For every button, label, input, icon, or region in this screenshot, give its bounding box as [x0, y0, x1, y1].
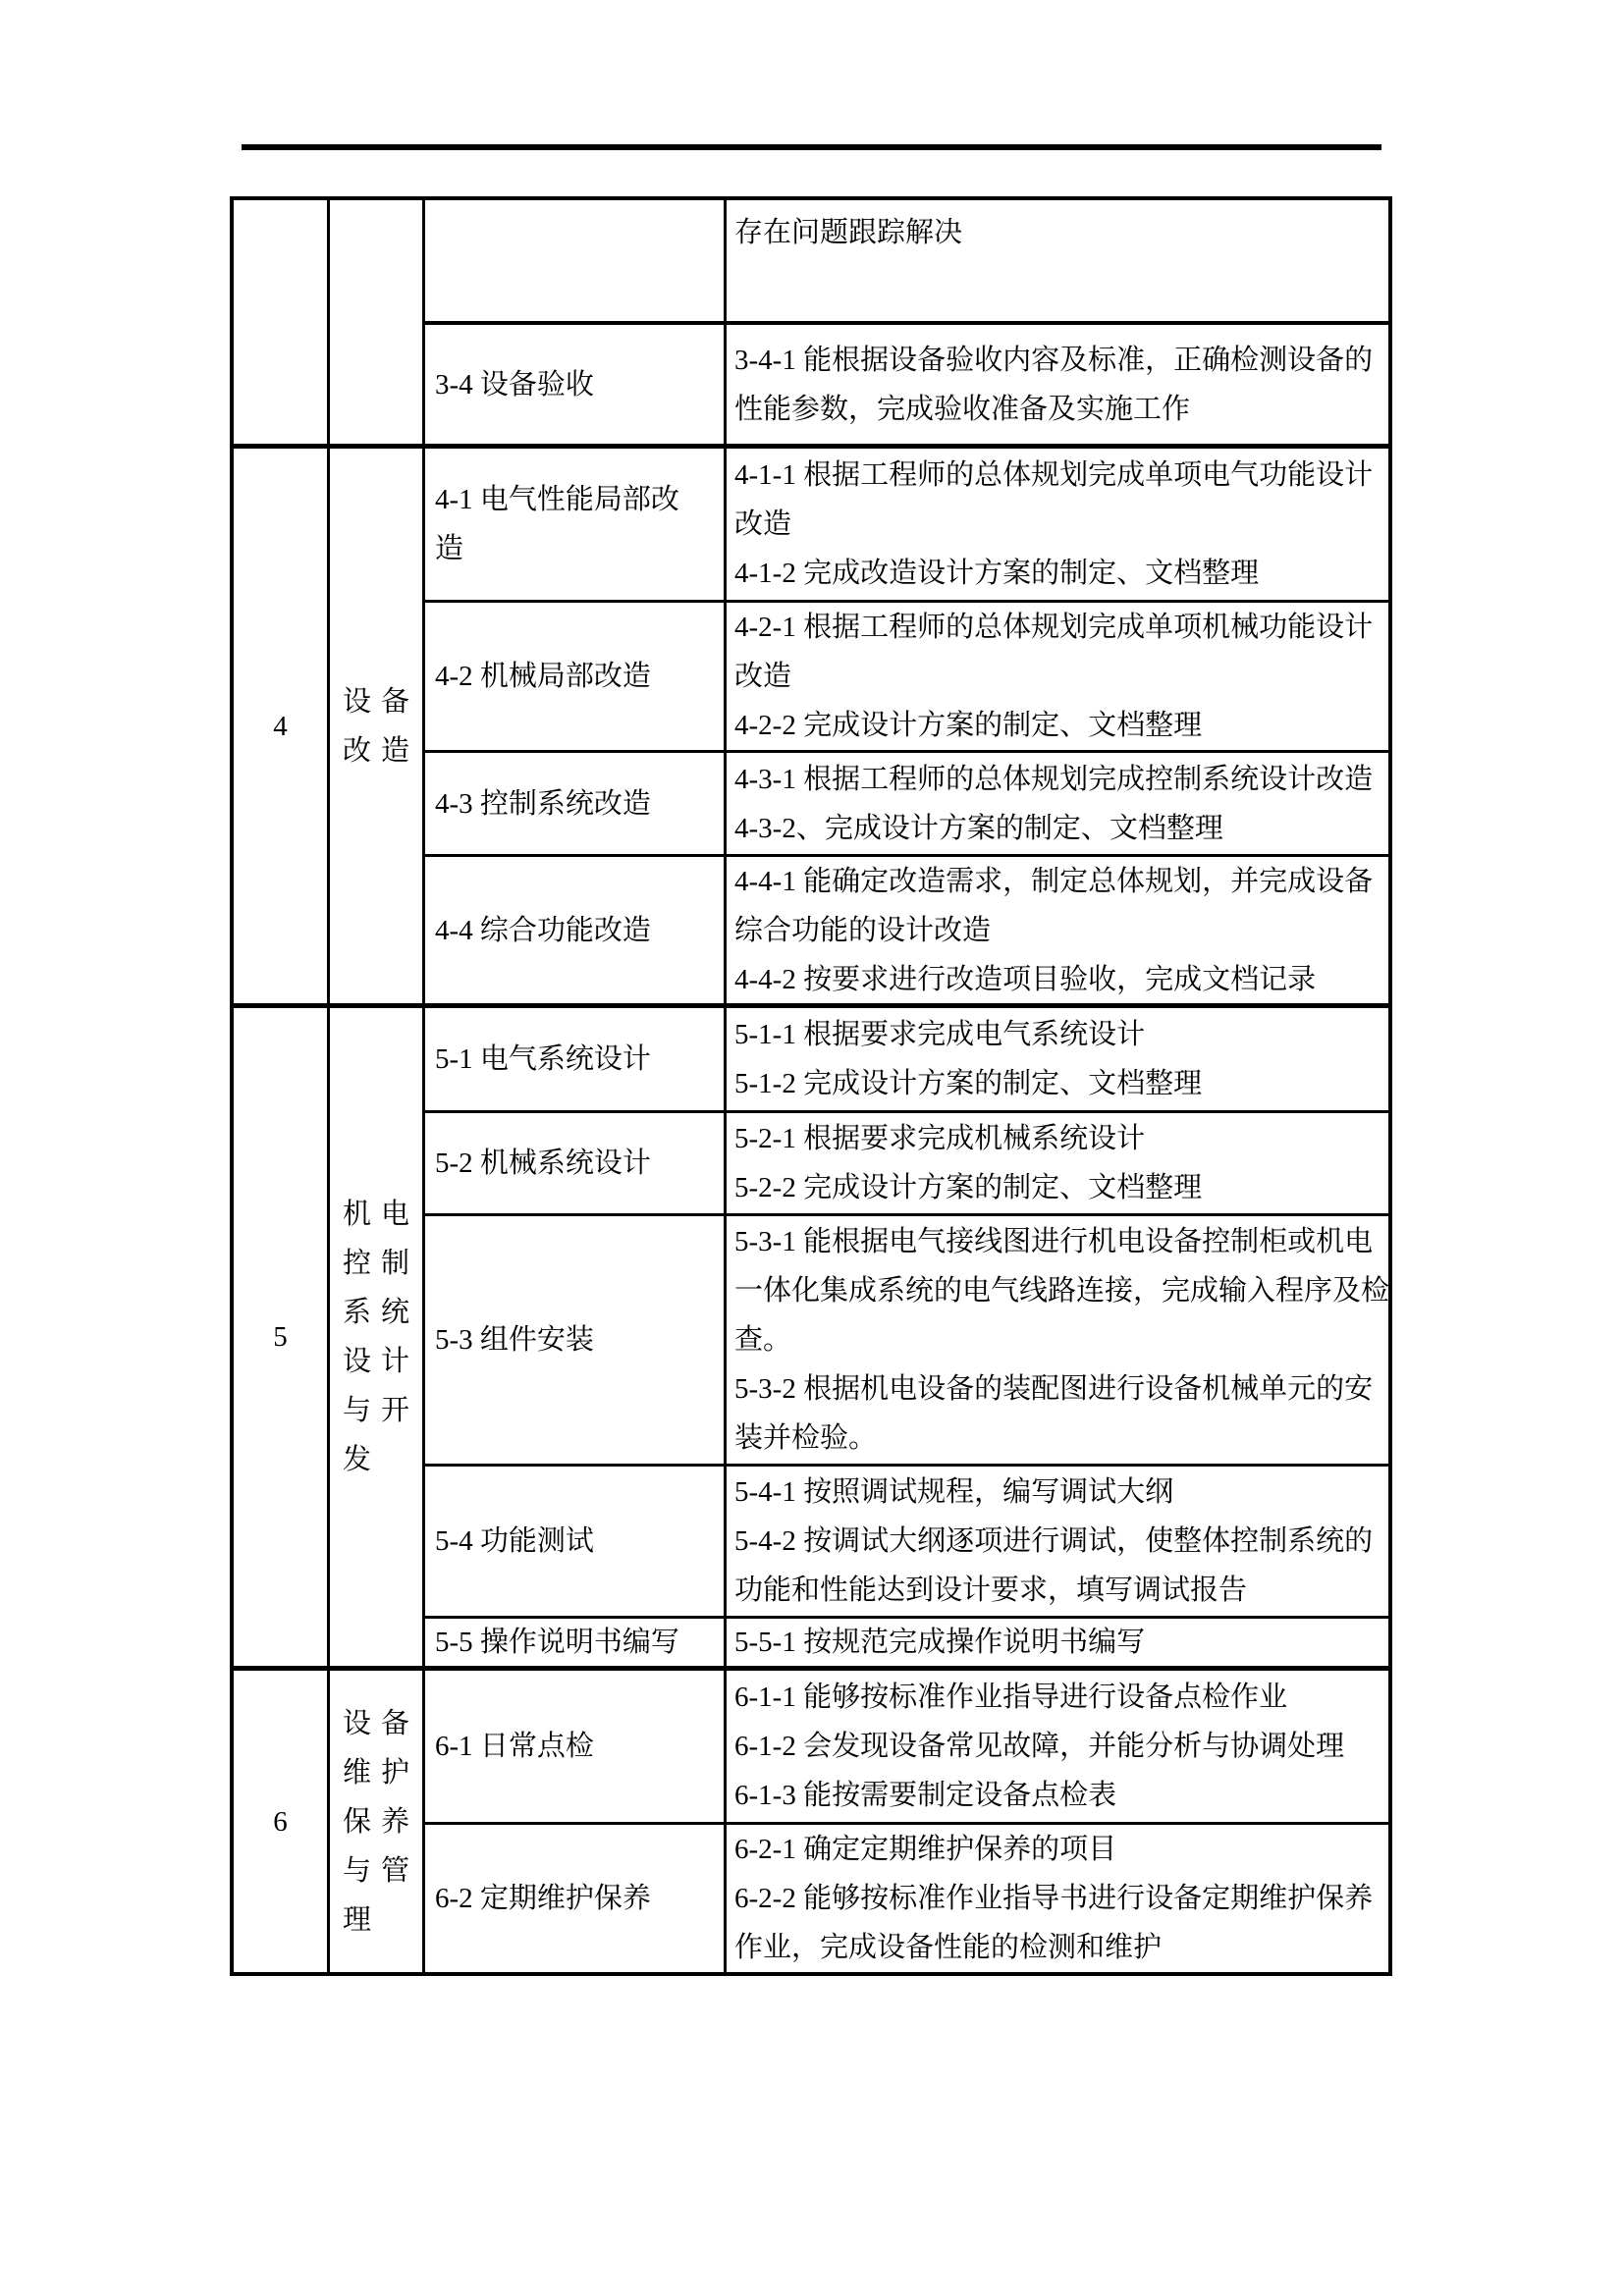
section4-subrows: 4-1 电气性能局部改 造 4-1-1 根据工程师的总体规划完成单项电气功能设计… [425, 449, 1388, 1003]
description-cell: 6-1-1 能够按标准作业指导进行设备点检作业 6-1-2 会发现设备常见故障，… [727, 1671, 1388, 1822]
subitem-cell: 5-5 操作说明书编写 [425, 1619, 727, 1666]
table-row-3-3-continued: 存在问题跟踪解决 [425, 200, 1388, 325]
description-text: 6-1-1 能够按标准作业指导进行设备点检作业 6-1-2 会发现设备常见故障，… [734, 1673, 1344, 1820]
description-text: 5-1-1 根据要求完成电气系统设计 5-1-2 完成设计方案的制定、文档整理 [734, 1010, 1202, 1108]
subitem-cell: 3-4 设备验收 [425, 325, 727, 444]
subitem-cell: 4-2 机械局部改造 [425, 603, 727, 750]
description-text: 4-2-1 根据工程师的总体规划完成单项机械功能设计 改造 4-2-2 完成设计… [734, 603, 1373, 750]
table-row-5-4: 5-4 功能测试 5-4-1 按照调试规程，编写调试大纲 5-4-2 按调试大纲… [425, 1467, 1388, 1619]
subitem-label: 5-3 组件安装 [435, 1315, 594, 1364]
subitem-cell: 5-4 功能测试 [425, 1467, 727, 1616]
document-page: 存在问题跟踪解决 3-4 设备验收 3-4-1 能根据设备验收内容及标准，正确检… [0, 0, 1624, 2296]
description-cell: 5-5-1 按规范完成操作说明书编写 [727, 1619, 1388, 1666]
description-cell: 存在问题跟踪解决 [727, 200, 1388, 321]
description-cell: 4-2-1 根据工程师的总体规划完成单项机械功能设计 改造 4-2-2 完成设计… [727, 603, 1388, 750]
description-text: 3-4-1 能根据设备验收内容及标准，正确检测设备的 性能参数，完成验收准备及实… [734, 336, 1373, 434]
subitem-cell: 5-1 电气系统设计 [425, 1008, 727, 1110]
description-text: 4-1-1 根据工程师的总体规划完成单项电气功能设计 改造 4-1-2 完成改造… [734, 451, 1373, 598]
subitem-cell [425, 200, 727, 321]
table-row-5-1: 5-1 电气系统设计 5-1-1 根据要求完成电气系统设计 5-1-2 完成设计… [425, 1008, 1388, 1113]
subitem-label: 6-2 定期维护保养 [435, 1874, 651, 1923]
section-category: 设 备 维 护 保 养 与 管 理 [343, 1699, 409, 1945]
table-row-6-2: 6-2 定期维护保养 6-2-1 确定定期维护保养的项目 6-2-2 能够按标准… [425, 1825, 1388, 1972]
section-number: 4 [273, 702, 288, 751]
section3-number-cell [234, 200, 330, 444]
subitem-label: 5-4 功能测试 [435, 1517, 594, 1566]
section5-subrows: 5-1 电气系统设计 5-1-1 根据要求完成电气系统设计 5-1-2 完成设计… [425, 1008, 1388, 1666]
table-row-6-1: 6-1 日常点检 6-1-1 能够按标准作业指导进行设备点检作业 6-1-2 会… [425, 1671, 1388, 1825]
subitem-cell: 6-2 定期维护保养 [425, 1825, 727, 1972]
section4-category-cell: 设 备 改 造 [330, 449, 425, 1003]
description-cell: 4-1-1 根据工程师的总体规划完成单项电气功能设计 改造 4-1-2 完成改造… [727, 449, 1388, 600]
table-band-section6: 6 设 备 维 护 保 养 与 管 理 6-1 日常点检 6-1-1 能够按标准… [234, 1671, 1388, 1972]
section-category: 机 电 控 制 系 统 设 计 与 开 发 [343, 1190, 409, 1484]
description-text: 4-3-1 根据工程师的总体规划完成控制系统设计改造 4-3-2、完成设计方案的… [734, 755, 1373, 853]
description-text: 5-4-1 按照调试规程，编写调试大纲 5-4-2 按调试大纲逐项进行调试，使整… [734, 1468, 1373, 1615]
subitem-cell: 4-4 综合功能改造 [425, 857, 727, 1003]
subitem-cell: 5-2 机械系统设计 [425, 1113, 727, 1213]
table-band-section3-tail: 存在问题跟踪解决 3-4 设备验收 3-4-1 能根据设备验收内容及标准，正确检… [234, 200, 1388, 449]
description-text: 5-2-1 根据要求完成机械系统设计 5-2-2 完成设计方案的制定、文档整理 [734, 1114, 1202, 1212]
subitem-label: 4-2 机械局部改造 [435, 652, 651, 701]
subitem-cell: 4-3 控制系统改造 [425, 753, 727, 854]
section-number: 6 [273, 1797, 288, 1846]
subitem-label: 5-1 电气系统设计 [435, 1035, 651, 1084]
section5-category-cell: 机 电 控 制 系 统 设 计 与 开 发 [330, 1008, 425, 1666]
section-category: 设 备 改 造 [343, 677, 409, 775]
subitem-label: 4-3 控制系统改造 [435, 779, 651, 828]
subitem-cell: 5-3 组件安装 [425, 1216, 727, 1464]
description-cell: 5-1-1 根据要求完成电气系统设计 5-1-2 完成设计方案的制定、文档整理 [727, 1008, 1388, 1110]
section6-number-cell: 6 [234, 1671, 330, 1972]
description-text: 4-4-1 能确定改造需求，制定总体规划，并完成设备 综合功能的设计改造 4-4… [734, 857, 1373, 1003]
subitem-label: 4-1 电气性能局部改 造 [435, 475, 679, 573]
description-cell: 4-4-1 能确定改造需求，制定总体规划，并完成设备 综合功能的设计改造 4-4… [727, 857, 1388, 1003]
description-cell: 5-3-1 能根据电气接线图进行机电设备控制柜或机电 一体化集成系统的电气线路连… [727, 1216, 1388, 1464]
table-row-5-3: 5-3 组件安装 5-3-1 能根据电气接线图进行机电设备控制柜或机电 一体化集… [425, 1216, 1388, 1467]
table-band-section5: 5 机 电 控 制 系 统 设 计 与 开 发 5-1 电气系统设计 5-1-1… [234, 1008, 1388, 1671]
table-band-section4: 4 设 备 改 造 4-1 电气性能局部改 造 4-1-1 根据工程师的总体规划… [234, 449, 1388, 1008]
section6-subrows: 6-1 日常点检 6-1-1 能够按标准作业指导进行设备点检作业 6-1-2 会… [425, 1671, 1388, 1972]
page-header-rule [242, 144, 1381, 150]
description-text: 存在问题跟踪解决 [734, 208, 962, 257]
section3-category-cell [330, 200, 425, 444]
description-cell: 5-2-1 根据要求完成机械系统设计 5-2-2 完成设计方案的制定、文档整理 [727, 1113, 1388, 1213]
description-cell: 4-3-1 根据工程师的总体规划完成控制系统设计改造 4-3-2、完成设计方案的… [727, 753, 1388, 854]
table-row-5-5: 5-5 操作说明书编写 5-5-1 按规范完成操作说明书编写 [425, 1619, 1388, 1666]
section4-number-cell: 4 [234, 449, 330, 1003]
table-row-4-4: 4-4 综合功能改造 4-4-1 能确定改造需求，制定总体规划，并完成设备 综合… [425, 857, 1388, 1003]
occupational-skill-table: 存在问题跟踪解决 3-4 设备验收 3-4-1 能根据设备验收内容及标准，正确检… [230, 196, 1392, 1976]
table-row-4-2: 4-2 机械局部改造 4-2-1 根据工程师的总体规划完成单项机械功能设计 改造… [425, 603, 1388, 753]
subitem-label: 4-4 综合功能改造 [435, 906, 651, 955]
description-cell: 5-4-1 按照调试规程，编写调试大纲 5-4-2 按调试大纲逐项进行调试，使整… [727, 1467, 1388, 1616]
section5-number-cell: 5 [234, 1008, 330, 1666]
description-cell: 3-4-1 能根据设备验收内容及标准，正确检测设备的 性能参数，完成验收准备及实… [727, 325, 1388, 444]
table-row-4-1: 4-1 电气性能局部改 造 4-1-1 根据工程师的总体规划完成单项电气功能设计… [425, 449, 1388, 603]
subitem-label: 5-5 操作说明书编写 [435, 1619, 679, 1666]
section-number: 5 [273, 1312, 288, 1362]
table-row-4-3: 4-3 控制系统改造 4-3-1 根据工程师的总体规划完成控制系统设计改造 4-… [425, 753, 1388, 857]
description-text: 5-3-1 能根据电气接线图进行机电设备控制柜或机电 一体化集成系统的电气线路连… [734, 1217, 1388, 1463]
section6-category-cell: 设 备 维 护 保 养 与 管 理 [330, 1671, 425, 1972]
subitem-label: 6-1 日常点检 [435, 1722, 594, 1771]
table-row-5-2: 5-2 机械系统设计 5-2-1 根据要求完成机械系统设计 5-2-2 完成设计… [425, 1113, 1388, 1216]
description-cell: 6-2-1 确定定期维护保养的项目 6-2-2 能够按标准作业指导书进行设备定期… [727, 1825, 1388, 1972]
subitem-cell: 6-1 日常点检 [425, 1671, 727, 1822]
subitem-label: 5-2 机械系统设计 [435, 1139, 651, 1188]
description-text: 6-2-1 确定定期维护保养的项目 6-2-2 能够按标准作业指导书进行设备定期… [734, 1825, 1373, 1972]
subitem-cell: 4-1 电气性能局部改 造 [425, 449, 727, 600]
section3-subrows: 存在问题跟踪解决 3-4 设备验收 3-4-1 能根据设备验收内容及标准，正确检… [425, 200, 1388, 444]
subitem-label: 3-4 设备验收 [435, 360, 594, 409]
description-text: 5-5-1 按规范完成操作说明书编写 [734, 1619, 1145, 1666]
table-row-3-4: 3-4 设备验收 3-4-1 能根据设备验收内容及标准，正确检测设备的 性能参数… [425, 325, 1388, 444]
